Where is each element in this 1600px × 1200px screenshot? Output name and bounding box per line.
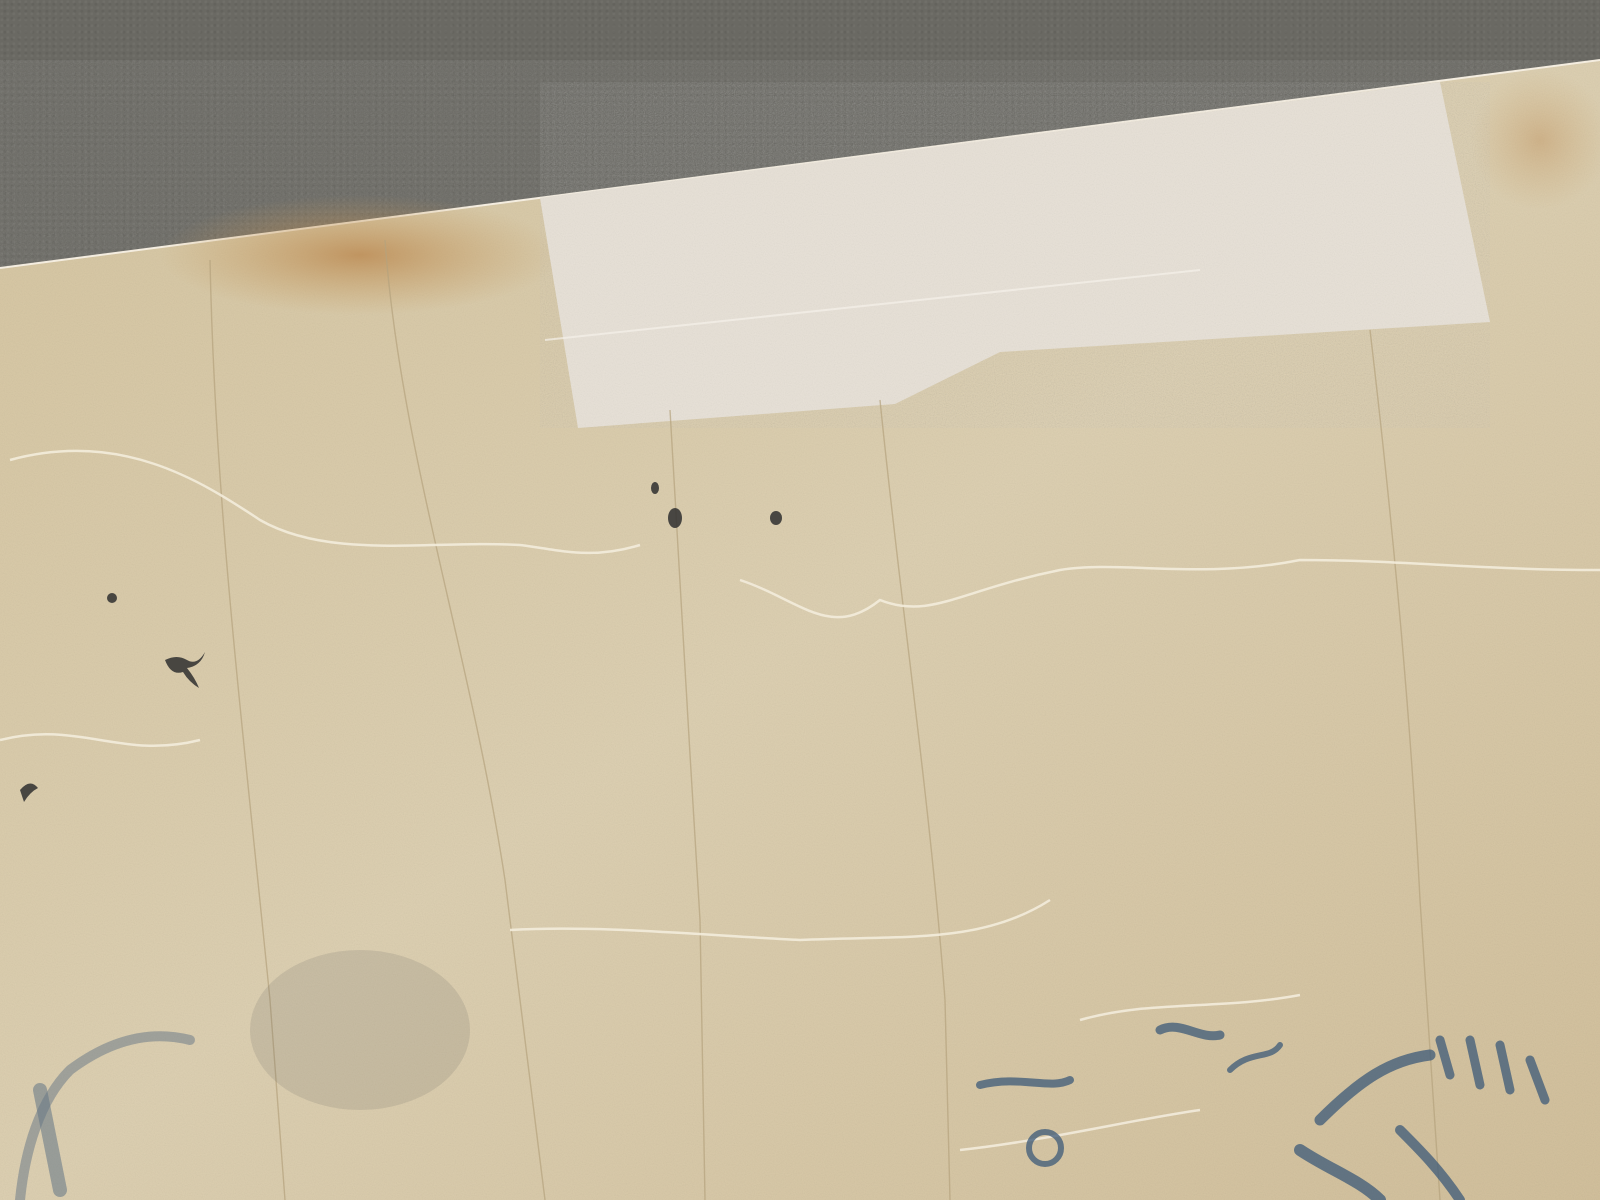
photograph xyxy=(0,0,1600,1200)
foxing-stain xyxy=(160,195,560,315)
paper-artwork xyxy=(0,0,1600,1200)
ink-smudge xyxy=(250,950,470,1110)
